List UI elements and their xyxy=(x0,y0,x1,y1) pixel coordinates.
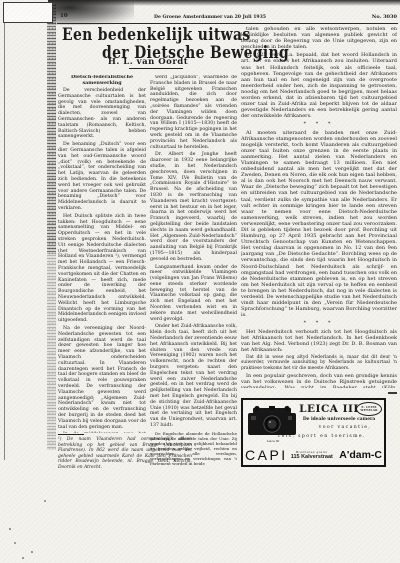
scan-speck xyxy=(44,500,46,502)
ad-product-name: LEICA III xyxy=(297,403,361,415)
paragraph: Het Nederduitsch verhoudt zich tot het H… xyxy=(241,329,397,353)
section-separator: * * * xyxy=(241,320,397,326)
logo-text: WETZLAR xyxy=(360,409,377,412)
paragraph: werd „Jacquillon”, waarmede de Fransche … xyxy=(150,75,237,150)
scan-gutter-speckle-top xyxy=(47,4,56,254)
paragraph: In 1925 werd o.a. bepaald, dat het woord… xyxy=(241,52,397,119)
byline-rule xyxy=(129,68,183,69)
ad-tagline: De ideale universeele camera xyxy=(297,417,381,422)
ad-tagline: voor vacantie, xyxy=(309,425,381,430)
scan-speck xyxy=(9,528,11,530)
paragraph: De verscheidenheid der Germaansche cultu… xyxy=(58,88,146,140)
scan-speck xyxy=(22,557,24,559)
article-column-left: Dietsch-federalistische samenwerking De … xyxy=(58,75,146,433)
paragraph: Dr. Albert de Jonghe heeft daarover in 1… xyxy=(150,152,237,262)
paragraph: In de middeleeuwen was het graafschap Vl… xyxy=(58,432,146,433)
paragraph: Langzamerhand kwam onder de meer ontwikk… xyxy=(150,265,237,323)
dealer-address: 115 Kalverstraat xyxy=(291,454,333,460)
footnote-rule xyxy=(58,434,84,435)
byline: H. L. van Oordt xyxy=(56,57,240,67)
scan-speck xyxy=(14,542,16,544)
blockquote-bosman: Dat dit in wese nog altyd Nederlands is,… xyxy=(241,355,397,371)
section-heading: Dietsch-federalistische samenwerking xyxy=(58,75,146,87)
paragraph: In een populair geschreven, doch van een… xyxy=(241,373,397,388)
section-separator: * * * xyxy=(241,121,397,127)
dealer-address-block: Brochures gratis 115 Kalverstraat xyxy=(291,450,333,460)
leitz-wetzlar-logo: E. LEITZ WETZLAR xyxy=(356,402,382,416)
paragraph: Onder het Zuid-Afrikaansche volk, klein … xyxy=(150,324,237,428)
paragraph: Al moeten uiteraard de banden met onze Z… xyxy=(241,130,397,319)
paragraph: De benaming „Duitsch” voor een dier Germ… xyxy=(58,142,146,212)
paragraph: talen gehouden en alle wetsontwerpen, no… xyxy=(241,26,397,50)
masthead: De Groene Amsterdammer van 20 Juli 1935 xyxy=(118,15,302,20)
scan-corner-cutout xyxy=(3,2,53,23)
camera-caption: Leica III xyxy=(251,439,295,443)
dealer-name: CAPI xyxy=(245,447,288,463)
article-column-middle: werd „Jacquillon”, waarmede de Fransche … xyxy=(150,75,237,479)
scan-gutter-speckle-bottom xyxy=(47,254,56,450)
ad-tagline: reis, sport en toerisme. xyxy=(265,434,379,439)
leica-capi-advertisement: Leica III LEICA III E. LEITZ WETZLAR De … xyxy=(241,398,386,467)
newspaper-page-scan: { "page": { "page_number": "10", "masthe… xyxy=(0,0,400,563)
paragraph: Na de vereeniging der Noord-Nederlandsch… xyxy=(58,326,146,430)
blockquote-grondwet: De Engelsche alsmede de Hollandsche tale… xyxy=(150,431,237,466)
dealer-city: A'dam-C xyxy=(339,449,382,461)
scan-margin-dash xyxy=(388,392,397,394)
issue-number: No. 3030 xyxy=(335,14,397,20)
page-number: 10 xyxy=(60,13,68,19)
header-rule xyxy=(57,23,398,24)
scan-speck xyxy=(31,551,33,553)
paragraph: Het Duitsch splitste zich in twee takken… xyxy=(58,214,146,324)
scan-edge-line xyxy=(4,22,5,460)
ad-dealer-row: CAPI Brochures gratis 115 Kalverstraat A… xyxy=(245,446,382,464)
article-column-right: talen gehouden en alle wetsontwerpen, no… xyxy=(241,26,397,388)
